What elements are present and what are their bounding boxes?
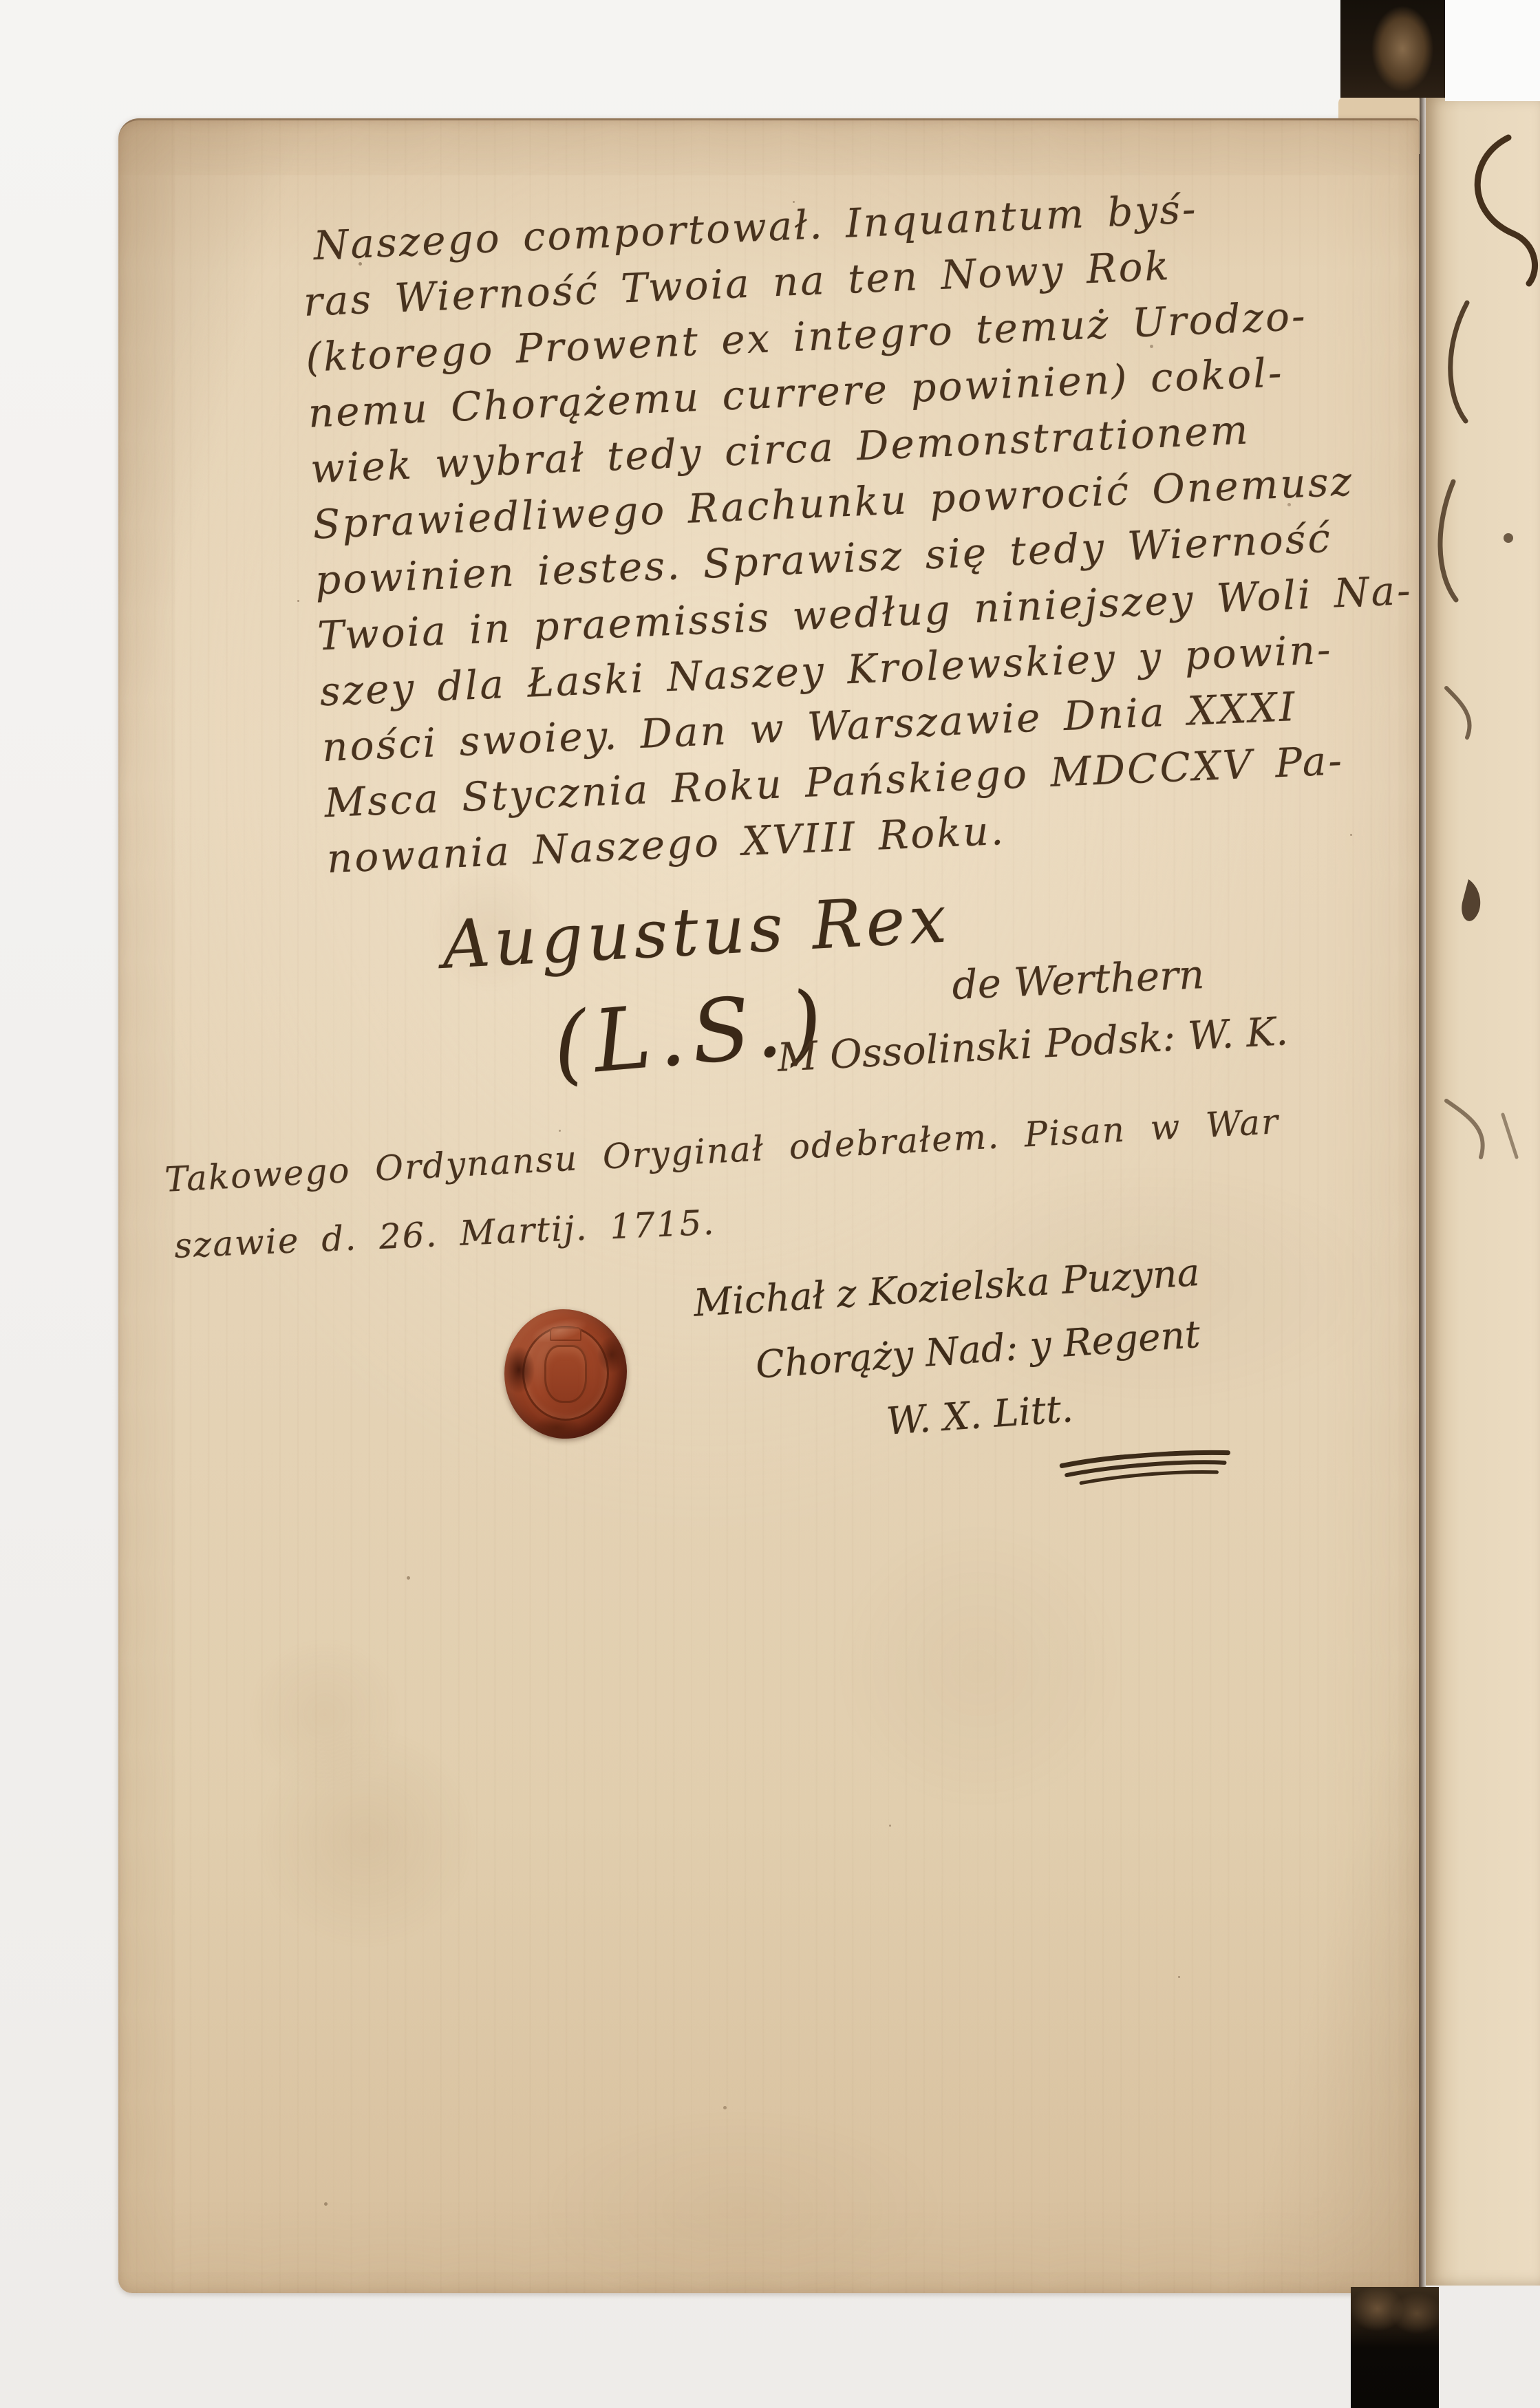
adjacent-page-ink-fragments	[1426, 96, 1540, 2286]
adjacent-page-edge	[1426, 96, 1540, 2286]
manuscript-scan: Naszego comportował. Inquantum byś- ras …	[0, 0, 1540, 2408]
binding-strip-bottom	[1351, 2287, 1439, 2408]
binding-strip-top	[1340, 0, 1453, 98]
red-wax-seal	[504, 1309, 627, 1439]
paper-specks	[118, 118, 120, 120]
scanner-backing-sheet	[1445, 0, 1540, 101]
seal-crest-crown	[550, 1327, 581, 1341]
body-text-block: Naszego comportował. Inquantum byś- ras …	[300, 173, 1423, 887]
